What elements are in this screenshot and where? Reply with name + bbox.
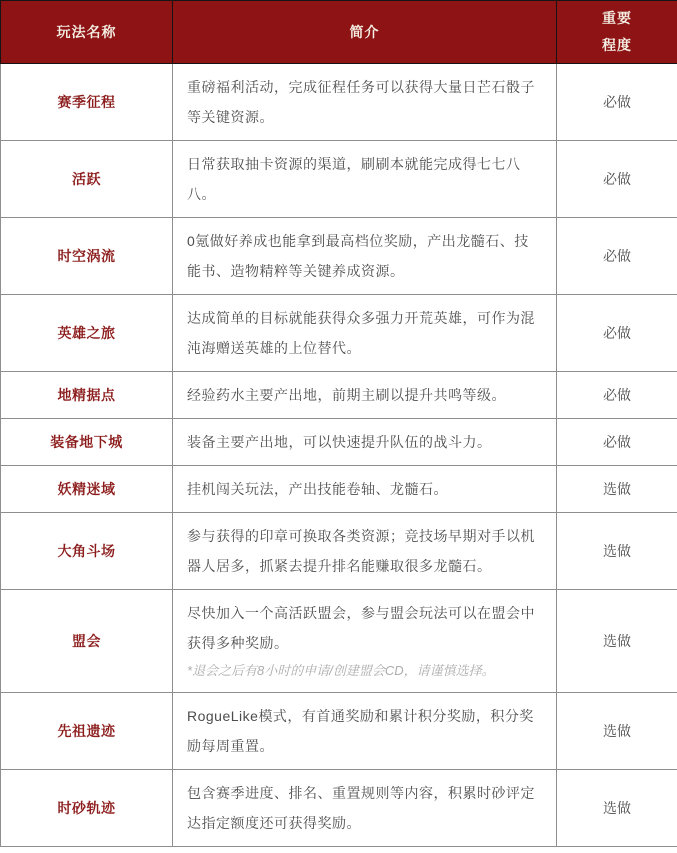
mode-description-cell: 日常获取抽卡资源的渠道，刷刷本就能完成得七七八八。 <box>173 141 557 218</box>
mode-description-cell: 尽快加入一个高活跃盟会，参与盟会玩法可以在盟会中获得多种奖励。 *退会之后有8小… <box>173 590 557 693</box>
mode-description-text: 参与获得的印章可换取各类资源；竞技场早期对手以机器人居多，抓紧去提升排名能赚取很… <box>187 528 535 574</box>
mode-description-text: 0氪做好养成也能拿到最高档位奖励，产出龙髓石、技能书、造物精粹等关键养成资源。 <box>187 233 529 279</box>
importance-cell: 选做 <box>557 466 677 513</box>
mode-description-text: 重磅福利活动，完成征程任务可以获得大量日芒石骰子等关键资源。 <box>187 79 535 125</box>
mode-name-cell: 时空涡流 <box>1 218 173 295</box>
importance-cell: 必做 <box>557 372 677 419</box>
mode-description-cell: 挂机闯关玩法，产出技能卷轴、龙髓石。 <box>173 466 557 513</box>
mode-description-note: *退会之后有8小时的申请/创建盟会CD，请谨慎选择。 <box>187 658 543 684</box>
table-row: 英雄之旅 达成简单的目标就能获得众多强力开荒英雄，可作为混沌海赠送英雄的上位替代… <box>1 295 677 372</box>
mode-name-cell: 地精据点 <box>1 372 173 419</box>
mode-description-cell: 经验药水主要产出地，前期主刷以提升共鸣等级。 <box>173 372 557 419</box>
mode-description-cell: 装备主要产出地，可以快速提升队伍的战斗力。 <box>173 419 557 466</box>
mode-description-text: 包含赛季进度、排名、重置规则等内容，积累时砂评定达指定额度还可获得奖励。 <box>187 785 535 831</box>
mode-description-cell: 参与获得的印章可换取各类资源；竞技场早期对手以机器人居多，抓紧去提升排名能赚取很… <box>173 513 557 590</box>
table-row: 盟会 尽快加入一个高活跃盟会，参与盟会玩法可以在盟会中获得多种奖励。 *退会之后… <box>1 590 677 693</box>
mode-name-cell: 装备地下城 <box>1 419 173 466</box>
table-row: 妖精迷域 挂机闯关玩法，产出技能卷轴、龙髓石。 选做 <box>1 466 677 513</box>
mode-description-text: RogueLike模式，有首通奖励和累计积分奖励，积分奖励每周重置。 <box>187 708 534 754</box>
importance-cell: 选做 <box>557 693 677 770</box>
mode-name-cell: 大角斗场 <box>1 513 173 590</box>
mode-description-cell: 包含赛季进度、排名、重置规则等内容，积累时砂评定达指定额度还可获得奖励。 <box>173 770 557 847</box>
header-description: 简介 <box>173 1 557 64</box>
importance-cell: 选做 <box>557 770 677 847</box>
mode-name-cell: 妖精迷域 <box>1 466 173 513</box>
table-header: 玩法名称 简介 重要程度 <box>1 1 677 64</box>
importance-cell: 必做 <box>557 64 677 141</box>
mode-name-cell: 活跃 <box>1 141 173 218</box>
importance-cell: 选做 <box>557 590 677 693</box>
gameplay-importance-table: 玩法名称 简介 重要程度 赛季征程 重磅福利活动，完成征程任务可以获得大量日芒石… <box>0 0 677 847</box>
mode-description-cell: RogueLike模式，有首通奖励和累计积分奖励，积分奖励每周重置。 <box>173 693 557 770</box>
table-header-row: 玩法名称 简介 重要程度 <box>1 1 677 64</box>
mode-description-cell: 0氪做好养成也能拿到最高档位奖励，产出龙髓石、技能书、造物精粹等关键养成资源。 <box>173 218 557 295</box>
table-row: 活跃 日常获取抽卡资源的渠道，刷刷本就能完成得七七八八。 必做 <box>1 141 677 218</box>
table-row: 地精据点 经验药水主要产出地，前期主刷以提升共鸣等级。 必做 <box>1 372 677 419</box>
table-body: 赛季征程 重磅福利活动，完成征程任务可以获得大量日芒石骰子等关键资源。 必做 活… <box>1 64 677 847</box>
table-row: 大角斗场 参与获得的印章可换取各类资源；竞技场早期对手以机器人居多，抓紧去提升排… <box>1 513 677 590</box>
table-row: 赛季征程 重磅福利活动，完成征程任务可以获得大量日芒石骰子等关键资源。 必做 <box>1 64 677 141</box>
mode-name-cell: 赛季征程 <box>1 64 173 141</box>
table-row: 时空涡流 0氪做好养成也能拿到最高档位奖励，产出龙髓石、技能书、造物精粹等关键养… <box>1 218 677 295</box>
table-row: 装备地下城 装备主要产出地，可以快速提升队伍的战斗力。 必做 <box>1 419 677 466</box>
mode-name-cell: 英雄之旅 <box>1 295 173 372</box>
importance-cell: 选做 <box>557 513 677 590</box>
mode-description-cell: 达成简单的目标就能获得众多强力开荒英雄，可作为混沌海赠送英雄的上位替代。 <box>173 295 557 372</box>
mode-description-text: 经验药水主要产出地，前期主刷以提升共鸣等级。 <box>187 387 506 403</box>
header-importance-label: 重要程度 <box>600 5 634 60</box>
mode-name-cell: 先祖遗迹 <box>1 693 173 770</box>
mode-description-text: 尽快加入一个高活跃盟会，参与盟会玩法可以在盟会中获得多种奖励。 <box>187 605 535 651</box>
mode-description-text: 日常获取抽卡资源的渠道，刷刷本就能完成得七七八八。 <box>187 156 521 202</box>
mode-description-text: 装备主要产出地，可以快速提升队伍的战斗力。 <box>187 434 492 450</box>
mode-description-text: 达成简单的目标就能获得众多强力开荒英雄，可作为混沌海赠送英雄的上位替代。 <box>187 310 535 356</box>
header-mode-name: 玩法名称 <box>1 1 173 64</box>
mode-description-cell: 重磅福利活动，完成征程任务可以获得大量日芒石骰子等关键资源。 <box>173 64 557 141</box>
mode-name-cell: 时砂轨迹 <box>1 770 173 847</box>
importance-cell: 必做 <box>557 141 677 218</box>
table-row: 时砂轨迹 包含赛季进度、排名、重置规则等内容，积累时砂评定达指定额度还可获得奖励… <box>1 770 677 847</box>
importance-cell: 必做 <box>557 419 677 466</box>
header-importance: 重要程度 <box>557 1 677 64</box>
importance-cell: 必做 <box>557 218 677 295</box>
mode-description-text: 挂机闯关玩法，产出技能卷轴、龙髓石。 <box>187 481 448 497</box>
mode-name-cell: 盟会 <box>1 590 173 693</box>
table-row: 先祖遗迹 RogueLike模式，有首通奖励和累计积分奖励，积分奖励每周重置。 … <box>1 693 677 770</box>
gameplay-guide-page: 玩法名称 简介 重要程度 赛季征程 重磅福利活动，完成征程任务可以获得大量日芒石… <box>0 0 677 853</box>
importance-cell: 必做 <box>557 295 677 372</box>
